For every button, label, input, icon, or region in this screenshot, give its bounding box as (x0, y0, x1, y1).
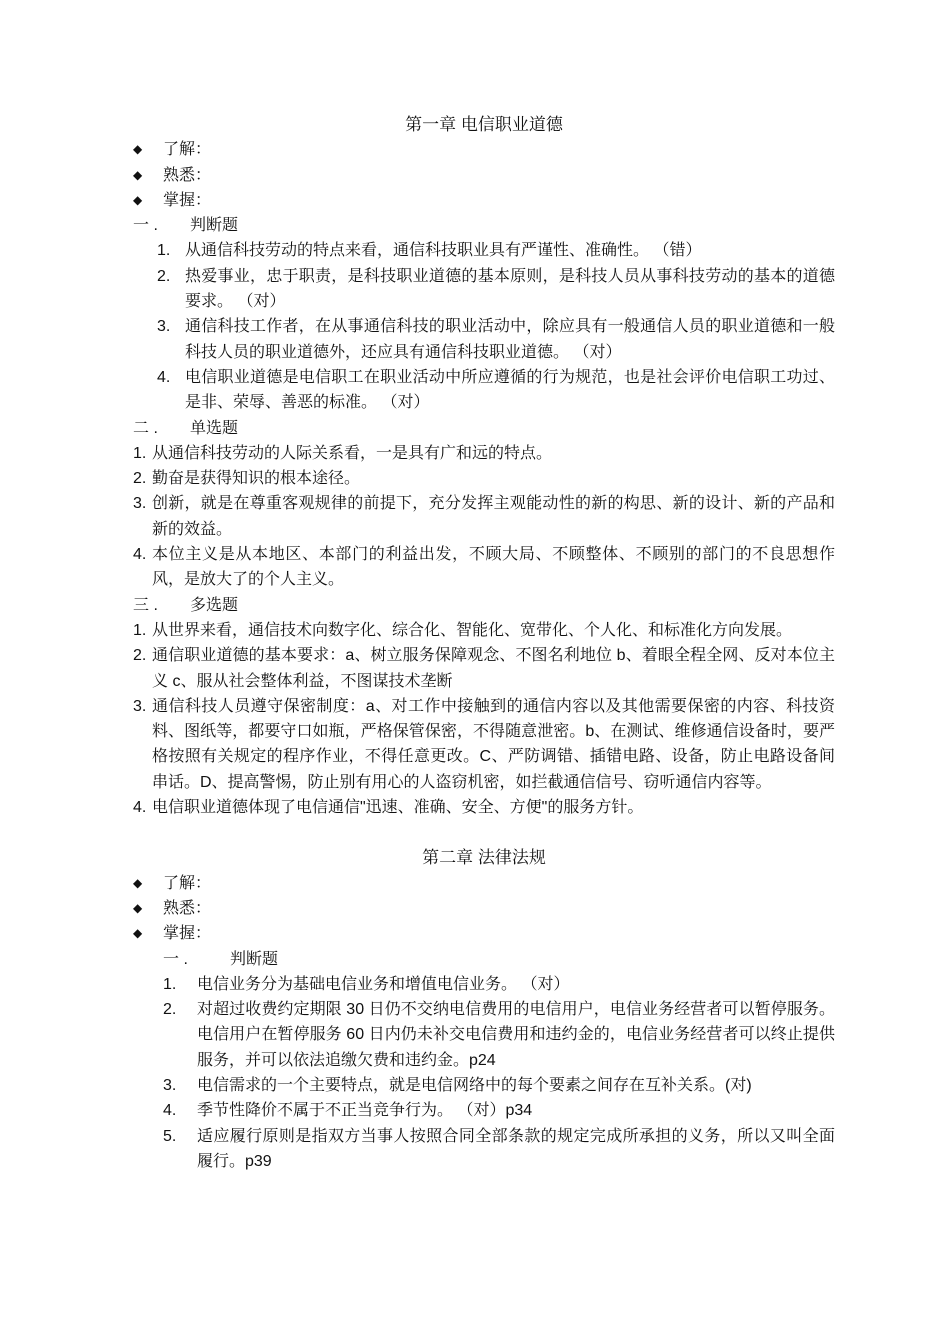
objective-bullet: ◆掌握： (133, 921, 835, 946)
question-item: 3.通信科技工作者，在从事通信科技的职业活动中，除应具有一般通信人员的职业道德和… (157, 314, 835, 365)
question-item: 4.本位主义是从本地区、本部门的利益出发，不顾大局、不顾整体、不顾别的部门的不良… (133, 542, 835, 593)
item-text: 创新，就是在尊重客观规律的前提下，充分发挥主观能动性的新的构思、新的设计、新的产… (152, 491, 835, 542)
section-heading: 一 .判断题 (133, 213, 835, 238)
item-text: 本位主义是从本地区、本部门的利益出发，不顾大局、不顾整体、不顾别的部门的不良思想… (152, 542, 835, 593)
question-item: 4.季节性降价不属于不正当竞争行为。 （对）p34 (163, 1098, 835, 1123)
section-title: 判断题 (190, 213, 835, 238)
document-page: 第一章 电信职业道德◆了解：◆熟悉：◆掌握：一 .判断题1.从通信科技劳动的特点… (0, 0, 950, 1214)
section-number: 一 . (133, 213, 190, 238)
item-number: 3. (157, 314, 185, 339)
item-number: 4. (133, 542, 152, 567)
item-number: 2. (157, 264, 185, 289)
section-number: 一 . (163, 947, 230, 972)
item-text: 对超过收费约定期限 30 日仍不交纳电信费用的电信用户，电信业务经营者可以暂停服… (197, 997, 835, 1073)
question-item: 3.通信科技人员遵守保密制度：a、对工作中接触到的通信内容以及其他需要保密的内容… (133, 694, 835, 795)
objective-bullet: ◆熟悉： (133, 896, 835, 921)
section-heading: 二 .单选题 (133, 416, 835, 441)
item-number: 1. (163, 972, 197, 997)
item-text: 电信职业道德体现了电信通信"迅速、准确、安全、方便"的服务方针。 (152, 795, 835, 820)
item-text: 从通信科技劳动的人际关系看，一是具有广和远的特点。 (152, 441, 835, 466)
item-number: 1. (157, 238, 185, 263)
section-number: 三 . (133, 593, 190, 618)
question-item: 2.勤奋是获得知识的根本途径。 (133, 466, 835, 491)
objective-label: 掌握： (163, 188, 835, 213)
item-text: 从世界来看，通信技术向数字化、综合化、智能化、宽带化、个人化、和标准化方向发展。 (152, 618, 835, 643)
item-number: 4. (133, 795, 152, 820)
item-number: 3. (163, 1073, 197, 1098)
item-number: 4. (163, 1098, 197, 1123)
item-number: 3. (133, 694, 152, 719)
item-text: 电信需求的一个主要特点，就是电信网络中的每个要素之间存在互补关系。(对) (197, 1073, 835, 1098)
item-number: 5. (163, 1124, 197, 1149)
item-text: 季节性降价不属于不正当竞争行为。 （对）p34 (197, 1098, 835, 1123)
item-text: 热爱事业，忠于职责，是科技职业道德的基本原则，是科技人员从事科技劳动的基本的道德… (185, 264, 835, 315)
item-number: 1. (133, 618, 152, 643)
objective-bullet: ◆了解： (133, 137, 835, 162)
objective-bullet: ◆了解： (133, 871, 835, 896)
objective-label: 掌握： (163, 921, 835, 946)
item-text: 电信业务分为基础电信业务和增值电信业务。 （对） (197, 972, 835, 997)
diamond-icon: ◆ (133, 188, 163, 213)
question-item: 3.创新，就是在尊重客观规律的前提下，充分发挥主观能动性的新的构思、新的设计、新… (133, 491, 835, 542)
diamond-icon: ◆ (133, 896, 163, 921)
section-title: 判断题 (230, 947, 835, 972)
objective-label: 熟悉： (163, 896, 835, 921)
question-item: 5.适应履行原则是指双方当事人按照合同全部条款的规定完成所承担的义务，所以又叫全… (163, 1124, 835, 1175)
section-heading: 三 .多选题 (133, 593, 835, 618)
chapter: 第一章 电信职业道德◆了解：◆熟悉：◆掌握：一 .判断题1.从通信科技劳动的特点… (133, 112, 835, 820)
objective-bullet: ◆掌握： (133, 188, 835, 213)
item-text: 通信职业道德的基本要求：a、树立服务保障观念、不图名利地位 b、着眼全程全网、反… (152, 643, 835, 694)
item-number: 2. (163, 997, 197, 1022)
objective-label: 了解： (163, 871, 835, 896)
objective-bullet: ◆熟悉： (133, 163, 835, 188)
question-item: 1.从通信科技劳动的特点来看，通信科技职业具有严谨性、准确性。 （错） (157, 238, 835, 263)
item-text: 通信科技人员遵守保密制度：a、对工作中接触到的通信内容以及其他需要保密的内容、科… (152, 694, 835, 795)
chapter-title: 第二章 法律法规 (133, 845, 835, 870)
question-item: 4.电信职业道德是电信职工在职业活动中所应遵循的行为规范，也是社会评价电信职工功… (157, 365, 835, 416)
section-number: 二 . (133, 416, 190, 441)
question-item: 1.从世界来看，通信技术向数字化、综合化、智能化、宽带化、个人化、和标准化方向发… (133, 618, 835, 643)
item-number: 2. (133, 643, 152, 668)
question-item: 2.对超过收费约定期限 30 日仍不交纳电信费用的电信用户，电信业务经营者可以暂… (163, 997, 835, 1073)
item-text: 通信科技工作者，在从事通信科技的职业活动中，除应具有一般通信人员的职业道德和一般… (185, 314, 835, 365)
diamond-icon: ◆ (133, 871, 163, 896)
item-text: 勤奋是获得知识的根本途径。 (152, 466, 835, 491)
item-number: 4. (157, 365, 185, 390)
diamond-icon: ◆ (133, 163, 163, 188)
item-number: 1. (133, 441, 152, 466)
item-number: 3. (133, 491, 152, 516)
item-number: 2. (133, 466, 152, 491)
question-item: 2.通信职业道德的基本要求：a、树立服务保障观念、不图名利地位 b、着眼全程全网… (133, 643, 835, 694)
chapter: 第二章 法律法规◆了解：◆熟悉：◆掌握：一 .判断题1.电信业务分为基础电信业务… (133, 845, 835, 1174)
question-item: 1.从通信科技劳动的人际关系看，一是具有广和远的特点。 (133, 441, 835, 466)
section-title: 多选题 (190, 593, 835, 618)
diamond-icon: ◆ (133, 137, 163, 162)
question-item: 4.电信职业道德体现了电信通信"迅速、准确、安全、方便"的服务方针。 (133, 795, 835, 820)
item-text: 适应履行原则是指双方当事人按照合同全部条款的规定完成所承担的义务，所以又叫全面履… (197, 1124, 835, 1175)
item-text: 从通信科技劳动的特点来看，通信科技职业具有严谨性、准确性。 （错） (185, 238, 835, 263)
diamond-icon: ◆ (133, 921, 163, 946)
question-item: 3.电信需求的一个主要特点，就是电信网络中的每个要素之间存在互补关系。(对) (163, 1073, 835, 1098)
question-item: 2.热爱事业，忠于职责，是科技职业道德的基本原则，是科技人员从事科技劳动的基本的… (157, 264, 835, 315)
section-heading: 一 .判断题 (163, 947, 835, 972)
section-title: 单选题 (190, 416, 835, 441)
question-item: 1.电信业务分为基础电信业务和增值电信业务。 （对） (163, 972, 835, 997)
objective-label: 熟悉： (163, 163, 835, 188)
objective-label: 了解： (163, 137, 835, 162)
chapter-title: 第一章 电信职业道德 (133, 112, 835, 137)
item-text: 电信职业道德是电信职工在职业活动中所应遵循的行为规范，也是社会评价电信职工功过、… (185, 365, 835, 416)
